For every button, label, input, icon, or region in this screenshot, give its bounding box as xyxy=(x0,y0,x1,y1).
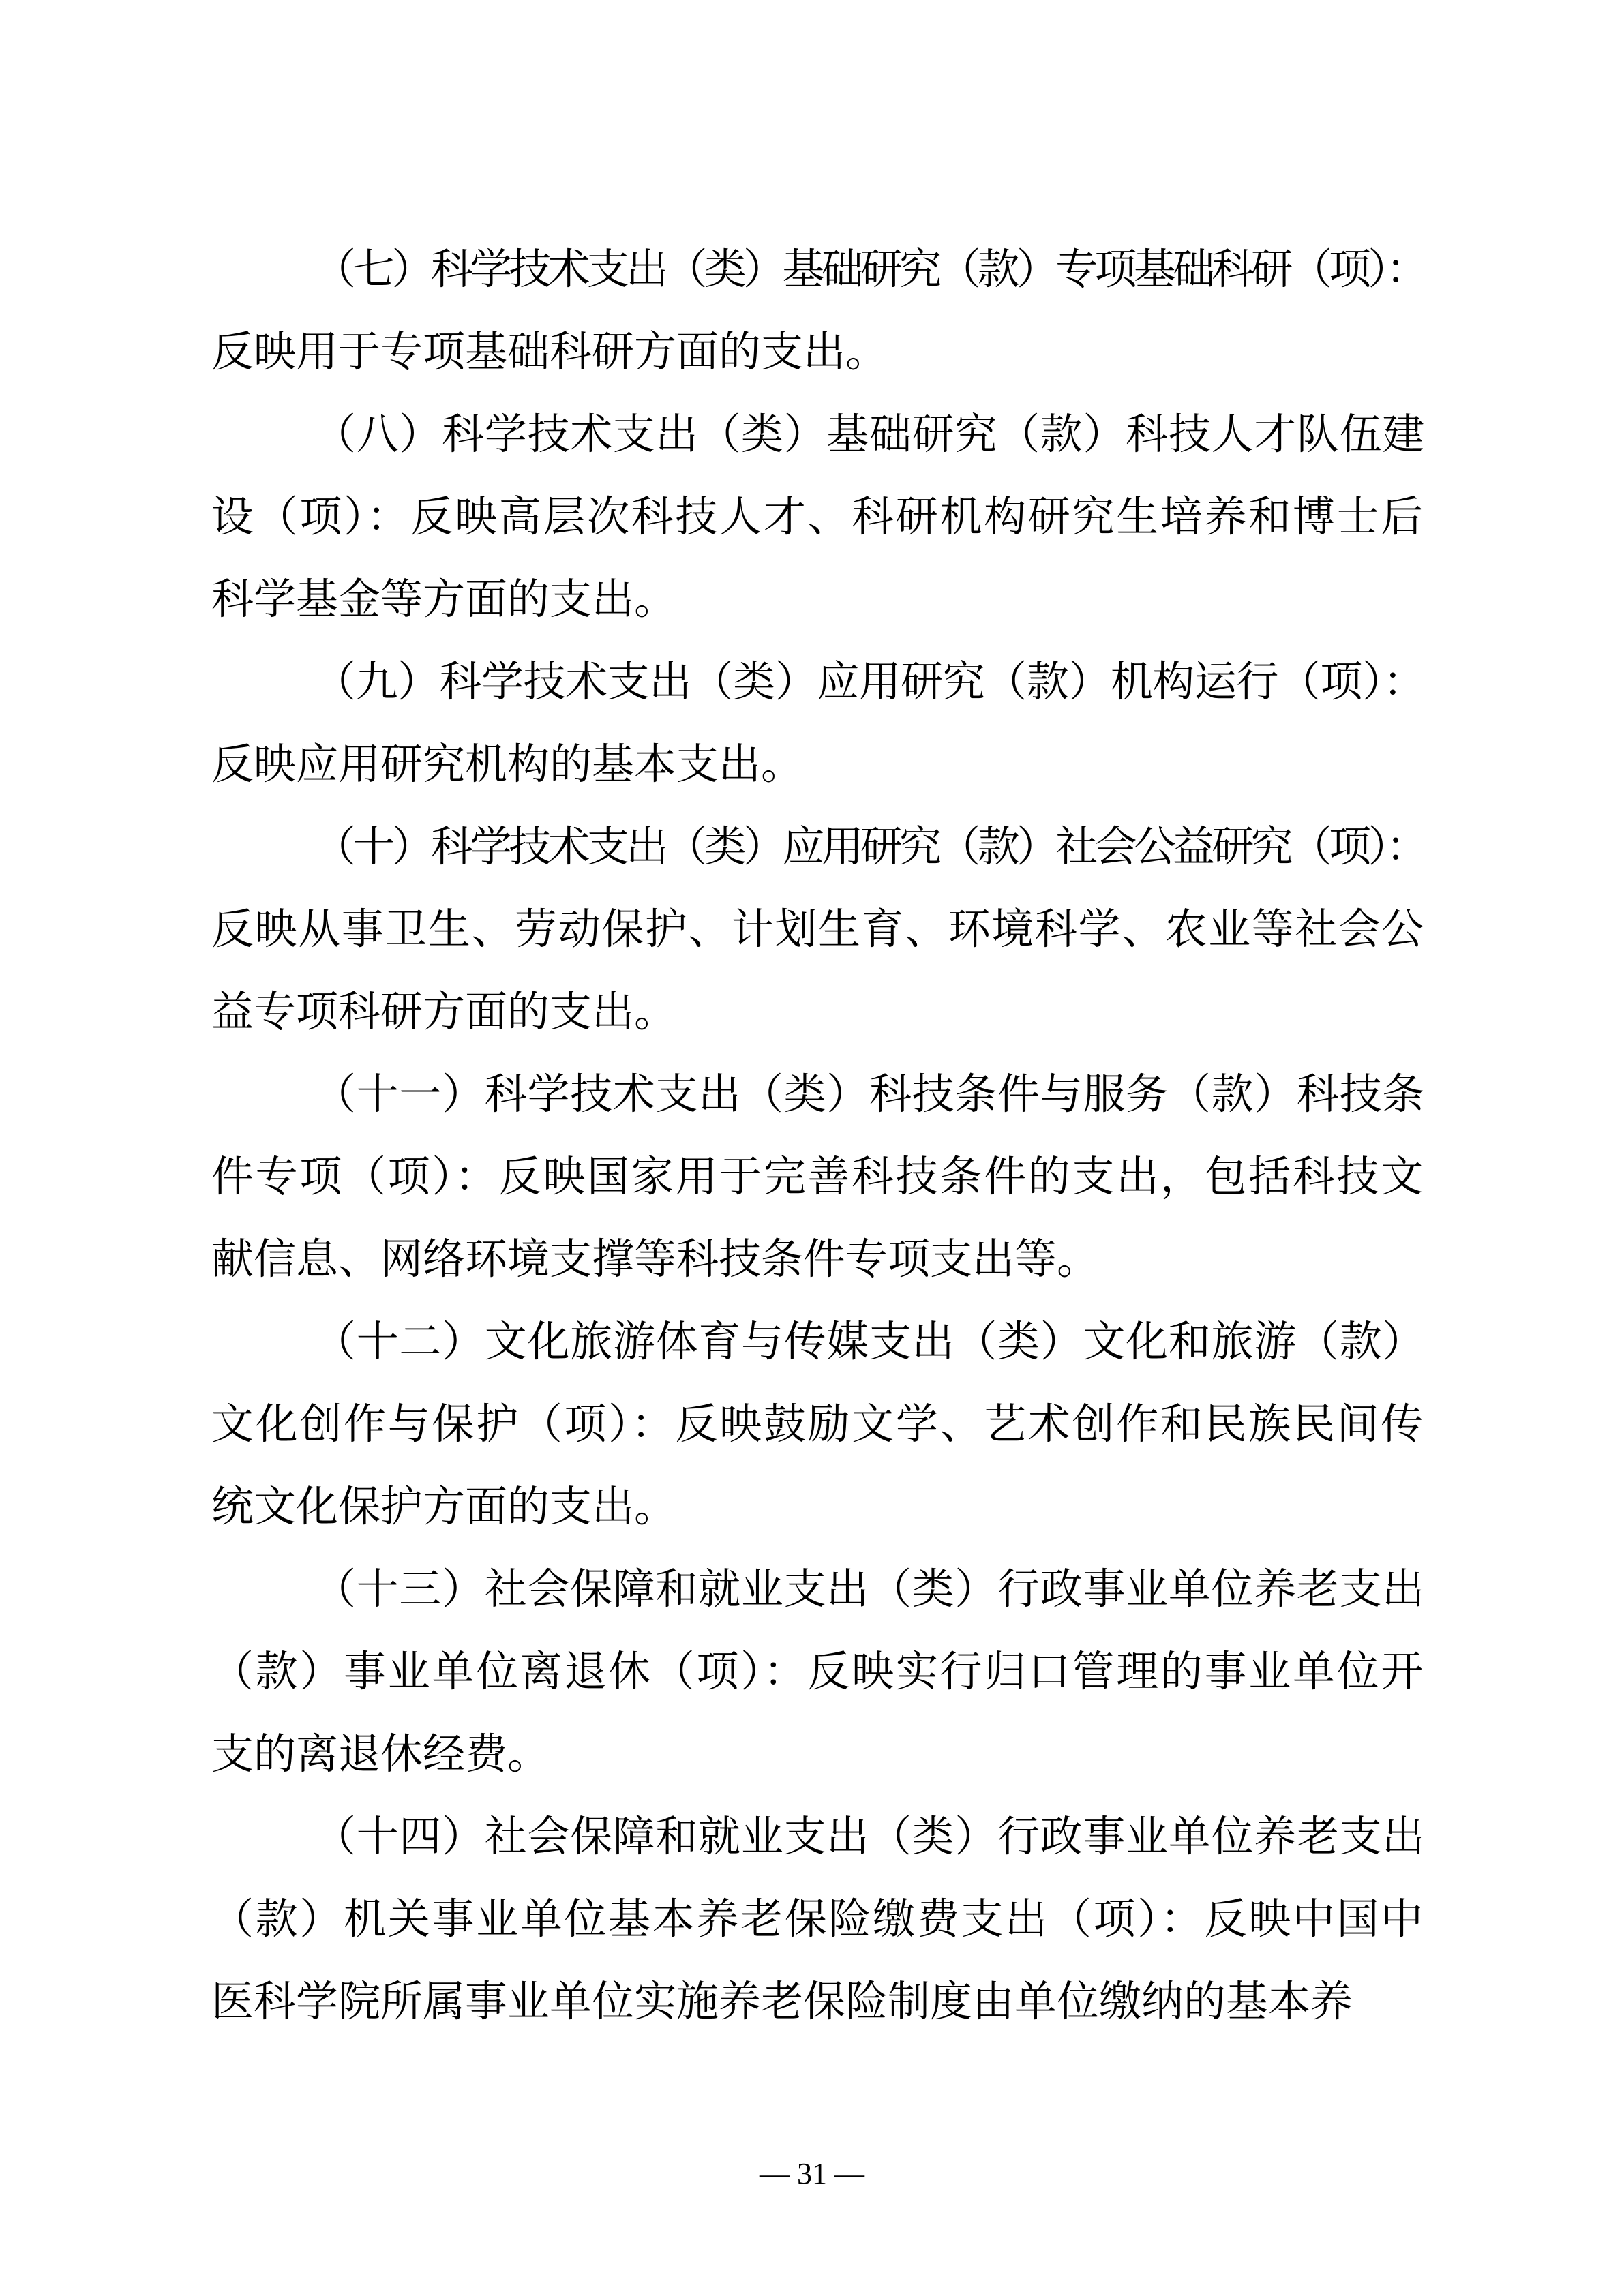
text-line: 益专项科研方面的支出。 xyxy=(211,971,1425,1054)
paragraph: （十二）文化旅游体育与传媒支出（类）文化和旅游（款）文化创作与保护（项）：反映鼓… xyxy=(211,1301,1425,1549)
text-line: （十一）科学技术支出（类）科技条件与服务（款）科技条 xyxy=(211,1054,1425,1136)
text-line: 统文化保护方面的支出。 xyxy=(211,1466,1425,1549)
text-line: 医科学院所属事业单位实施养老保险制度由单位缴纳的基本养 xyxy=(211,1961,1425,2044)
text-line-content: 益专项科研方面的支出。 xyxy=(211,989,676,1036)
text-line-content: 科学基金等方面的支出。 xyxy=(211,577,676,623)
text-line: 件专项（项）：反映国家用于完善科技条件的支出，包括科技文 xyxy=(211,1136,1425,1219)
text-line-content: 反映应用研究机构的基本支出。 xyxy=(211,742,803,788)
text-line-content: （十二）文化旅游体育与传媒支出（类）文化和旅游（款） xyxy=(314,1319,1425,1365)
text-line: 反映应用研究机构的基本支出。 xyxy=(211,724,1425,806)
paragraph: （十四）社会保障和就业支出（类）行政事业单位养老支出（款）机关事业单位基本养老保… xyxy=(211,1796,1425,2044)
text-line-content: 医科学院所属事业单位实施养老保险制度由单位缴纳的基本养 xyxy=(211,1979,1353,2025)
text-line-content: （十）科学技术支出（类）应用研究（款）社会公益研究（项）： xyxy=(314,824,1425,871)
text-line: 支的离退休经费。 xyxy=(211,1714,1425,1796)
text-line: （八）科学技术支出（类）基础研究（款）科技人才队伍建 xyxy=(211,394,1425,477)
text-line-content: （八）科学技术支出（类）基础研究（款）科技人才队伍建 xyxy=(314,412,1425,458)
text-line-content: （十三）社会保障和就业支出（类）行政事业单位养老支出 xyxy=(314,1567,1425,1613)
text-line-content: 支的离退休经费。 xyxy=(211,1732,550,1778)
text-line: （九）科学技术支出（类）应用研究（款）机构运行（项）： xyxy=(211,641,1425,724)
text-line-content: （七）科学技术支出（类）基础研究（款）专项基础科研（项）： xyxy=(314,247,1425,293)
text-line: （十二）文化旅游体育与传媒支出（类）文化和旅游（款） xyxy=(211,1301,1425,1384)
text-line: （十三）社会保障和就业支出（类）行政事业单位养老支出 xyxy=(211,1549,1425,1631)
text-line: （十）科学技术支出（类）应用研究（款）社会公益研究（项）： xyxy=(211,806,1425,889)
text-line-content: 设（项）：反映高层次科技人才、科研机构研究生培养和博士后 xyxy=(211,494,1425,541)
text-line-content: 反映从事卫生、劳动保护、计划生育、环境科学、农业等社会公 xyxy=(211,907,1425,953)
paragraph: （十）科学技术支出（类）应用研究（款）社会公益研究（项）：反映从事卫生、劳动保护… xyxy=(211,806,1425,1054)
paragraph: （九）科学技术支出（类）应用研究（款）机构运行（项）：反映应用研究机构的基本支出… xyxy=(211,641,1425,806)
text-line: 科学基金等方面的支出。 xyxy=(211,559,1425,641)
text-line: 反映从事卫生、劳动保护、计划生育、环境科学、农业等社会公 xyxy=(211,889,1425,971)
text-line-content: 文化创作与保护（项）：反映鼓励文学、艺术创作和民族民间传 xyxy=(211,1402,1425,1448)
paragraph: （十三）社会保障和就业支出（类）行政事业单位养老支出（款）事业单位离退休（项）：… xyxy=(211,1549,1425,1796)
text-line: 献信息、网络环境支撑等科技条件专项支出等。 xyxy=(211,1219,1425,1301)
text-line: 文化创作与保护（项）：反映鼓励文学、艺术创作和民族民间传 xyxy=(211,1384,1425,1466)
text-line: 反映用于专项基础科研方面的支出。 xyxy=(211,312,1425,394)
text-line: （十四）社会保障和就业支出（类）行政事业单位养老支出 xyxy=(211,1796,1425,1879)
text-line-content: 反映用于专项基础科研方面的支出。 xyxy=(211,329,888,376)
page-footer: — 31 — xyxy=(0,2156,1624,2192)
text-line-content: （十四）社会保障和就业支出（类）行政事业单位养老支出 xyxy=(314,1814,1425,1860)
text-line-content: 件专项（项）：反映国家用于完善科技条件的支出，包括科技文 xyxy=(211,1154,1425,1200)
page-number: — 31 — xyxy=(760,2157,864,2190)
document-page: （七）科学技术支出（类）基础研究（款）专项基础科研（项）：反映用于专项基础科研方… xyxy=(0,0,1624,2296)
text-line-content: 献信息、网络环境支撑等科技条件专项支出等。 xyxy=(211,1237,1099,1283)
text-line-content: （款）机关事业单位基本养老保险缴费支出（项）：反映中国中 xyxy=(211,1897,1425,1943)
text-line-content: 统文化保护方面的支出。 xyxy=(211,1484,676,1530)
paragraph: （十一）科学技术支出（类）科技条件与服务（款）科技条件专项（项）：反映国家用于完… xyxy=(211,1054,1425,1301)
text-line: （款）机关事业单位基本养老保险缴费支出（项）：反映中国中 xyxy=(211,1879,1425,1961)
paragraph: （八）科学技术支出（类）基础研究（款）科技人才队伍建设（项）：反映高层次科技人才… xyxy=(211,394,1425,641)
text-block: （七）科学技术支出（类）基础研究（款）专项基础科研（项）：反映用于专项基础科研方… xyxy=(211,229,1425,2044)
text-line: 设（项）：反映高层次科技人才、科研机构研究生培养和博士后 xyxy=(211,477,1425,559)
text-line-content: （九）科学技术支出（类）应用研究（款）机构运行（项）： xyxy=(314,659,1425,706)
text-line: （款）事业单位离退休（项）：反映实行归口管理的事业单位开 xyxy=(211,1631,1425,1714)
text-line: （七）科学技术支出（类）基础研究（款）专项基础科研（项）： xyxy=(211,229,1425,312)
text-line-content: （款）事业单位离退休（项）：反映实行归口管理的事业单位开 xyxy=(211,1649,1425,1695)
paragraph: （七）科学技术支出（类）基础研究（款）专项基础科研（项）：反映用于专项基础科研方… xyxy=(211,229,1425,394)
text-line-content: （十一）科学技术支出（类）科技条件与服务（款）科技条 xyxy=(314,1072,1425,1118)
